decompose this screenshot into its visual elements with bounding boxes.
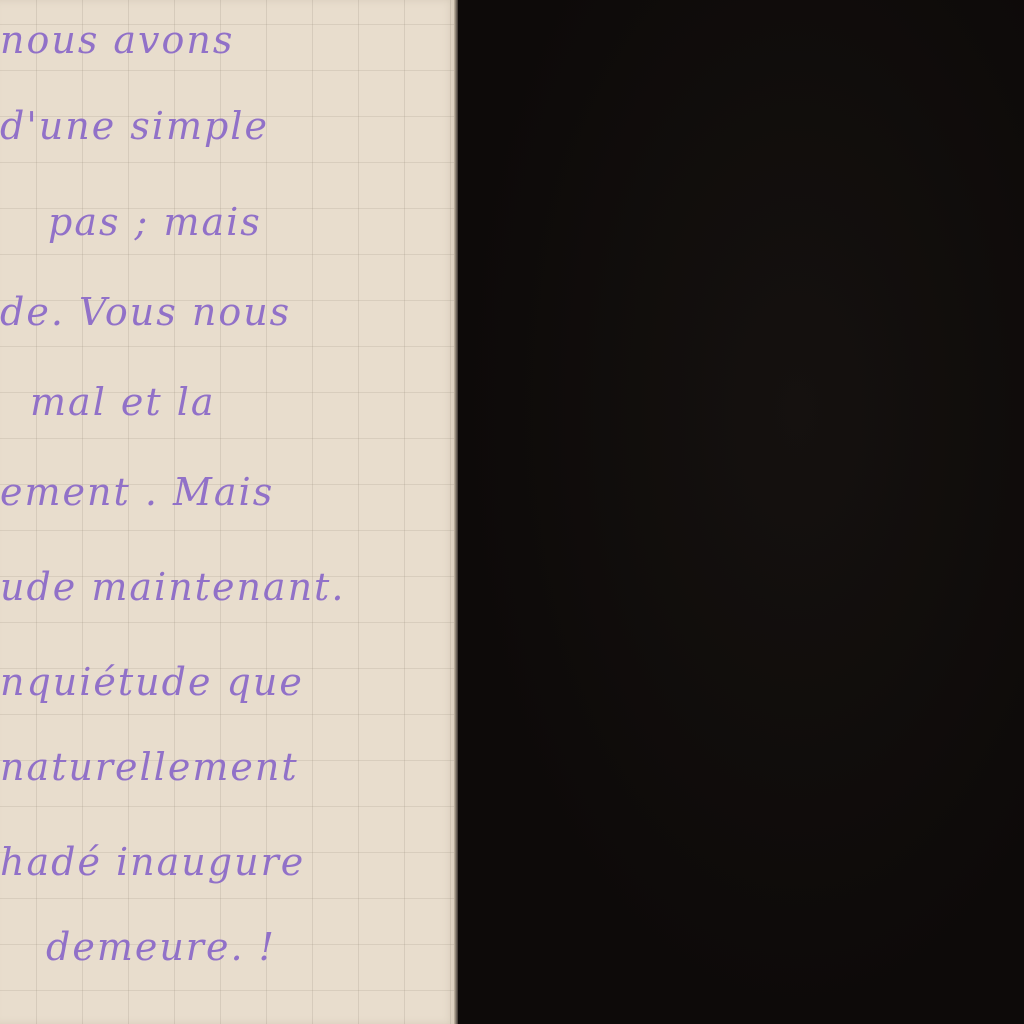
handwritten-line-7: ude maintenant. (0, 565, 345, 609)
handwritten-line-4: de. Vous nous (0, 290, 291, 334)
handwritten-line-11: demeure. ! (46, 925, 276, 969)
handwritten-line-5: mal et la (30, 380, 216, 424)
handwritten-line-8: nquiétude que (0, 660, 304, 704)
handwritten-line-9: naturellement (0, 745, 299, 789)
handwritten-line-1: nous avons (0, 18, 234, 62)
handwritten-line-10: hadé inaugure (0, 840, 305, 884)
handwritten-line-3: pas ; mais (48, 200, 262, 244)
letter-page: nous avons d'une simple pas ; mais de. V… (0, 0, 456, 1024)
handwritten-line-2: d'une simple (0, 104, 269, 148)
handwritten-line-6: ement . Mais (0, 470, 274, 514)
dark-background (458, 0, 1024, 1024)
